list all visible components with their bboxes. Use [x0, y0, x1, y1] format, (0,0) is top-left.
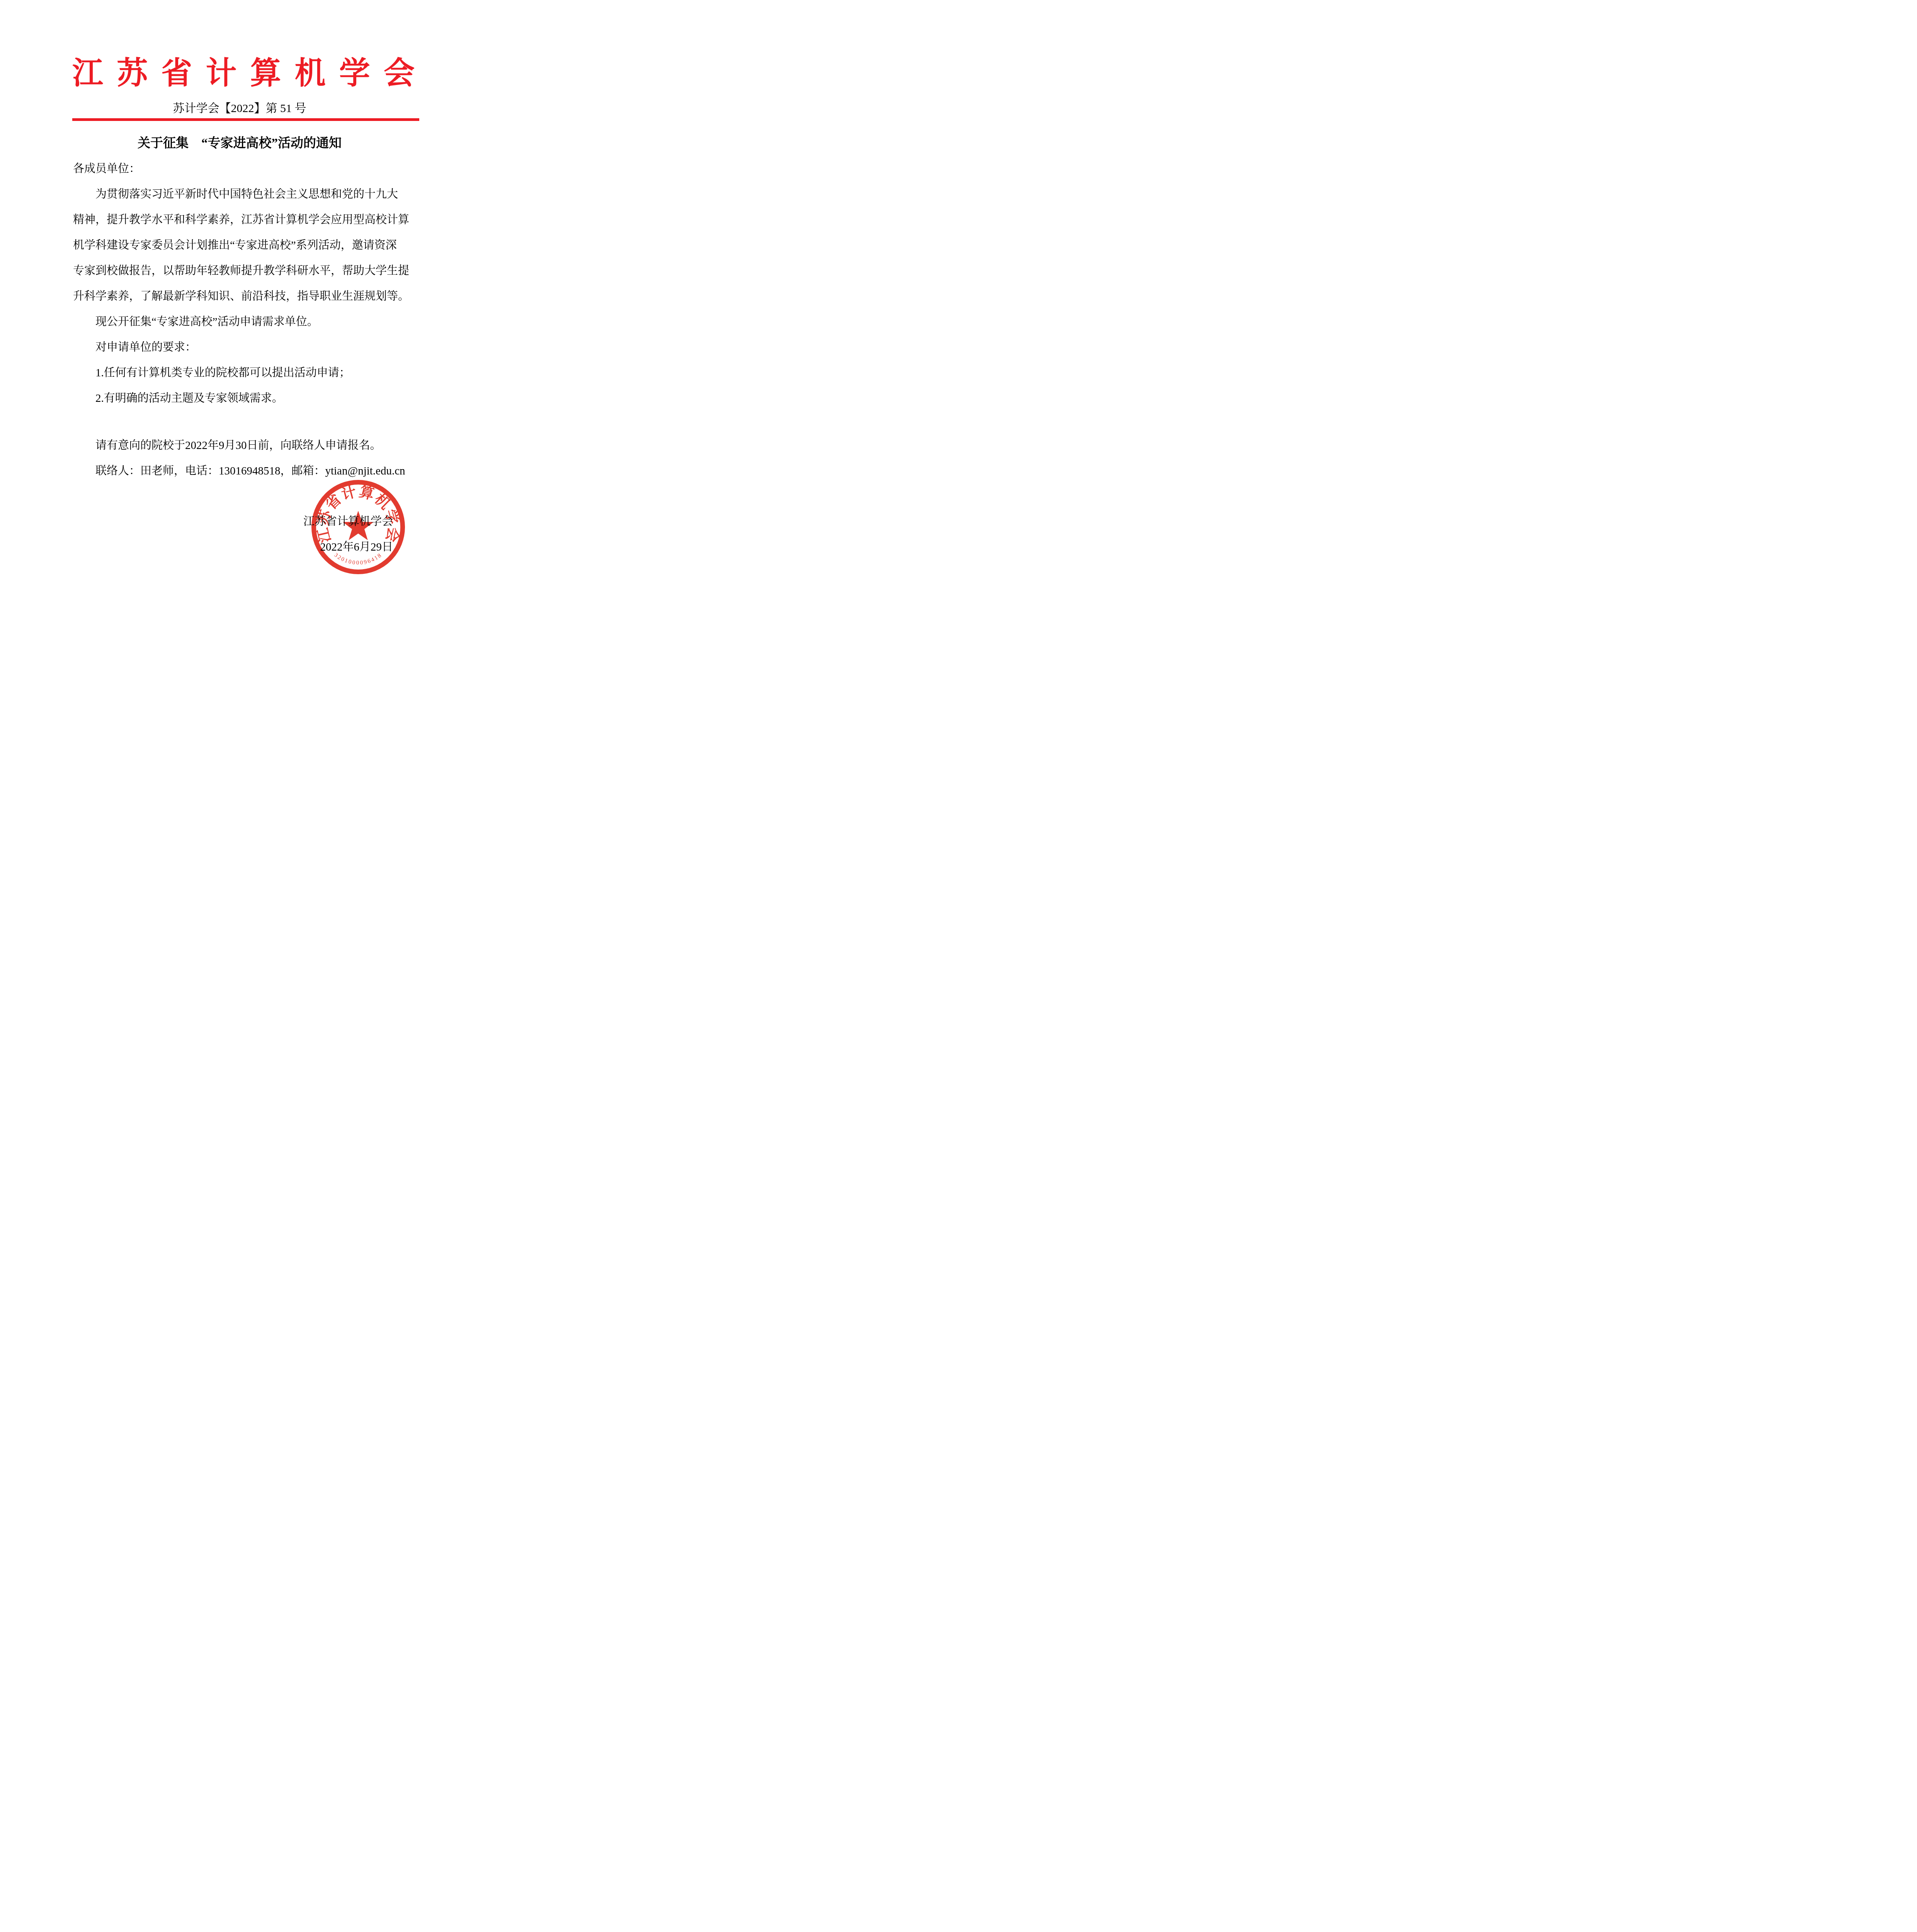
letterhead-divider-rule — [72, 118, 419, 121]
notice-document-page: 江苏省计算机学会 苏计学会【2022】第 51 号 关于征集 “专家进高校”活动… — [0, 0, 479, 678]
paragraph-solicitation: 现公开征集“专家进高校”活动申请需求单位。 — [73, 309, 413, 335]
salutation: 各成员单位： — [73, 156, 413, 182]
paragraph-requirement-2: 2.有明确的活动主题及专家领域需求。 — [73, 386, 413, 411]
closing-signature: 江苏省计算机学会 — [0, 509, 479, 534]
paragraph-requirements-heading: 对申请单位的要求： — [73, 335, 413, 360]
doc-number: 苏计学会【2022】第 51 号 — [0, 103, 479, 114]
paragraph-requirement-1: 1.任何有计算机类专业的院校都可以提出活动申请； — [73, 360, 413, 386]
doc-body: 各成员单位： 为贯彻落实习近平新时代中国特色社会主义思想和党的十九大 精神，提升… — [73, 156, 413, 484]
doc-title: 关于征集 “专家进高校”活动的通知 — [0, 135, 479, 152]
letterhead-org-name: 江苏省计算机学会 — [72, 58, 415, 89]
closing-date: 2022年6月29日 — [0, 534, 479, 560]
paragraph-contact: 联络人：田老师，电话：13016948518，邮箱：ytian@njit.edu… — [73, 458, 413, 484]
paragraph-deadline: 请有意向的院校于2022年9月30日前，向联络人申请报名。 — [73, 433, 413, 458]
paragraph-intro: 为贯彻落实习近平新时代中国特色社会主义思想和党的十九大 精神，提升教学水平和科学… — [73, 182, 413, 309]
closing-block: 江苏省计算机学会 2022年6月29日 — [0, 509, 479, 560]
